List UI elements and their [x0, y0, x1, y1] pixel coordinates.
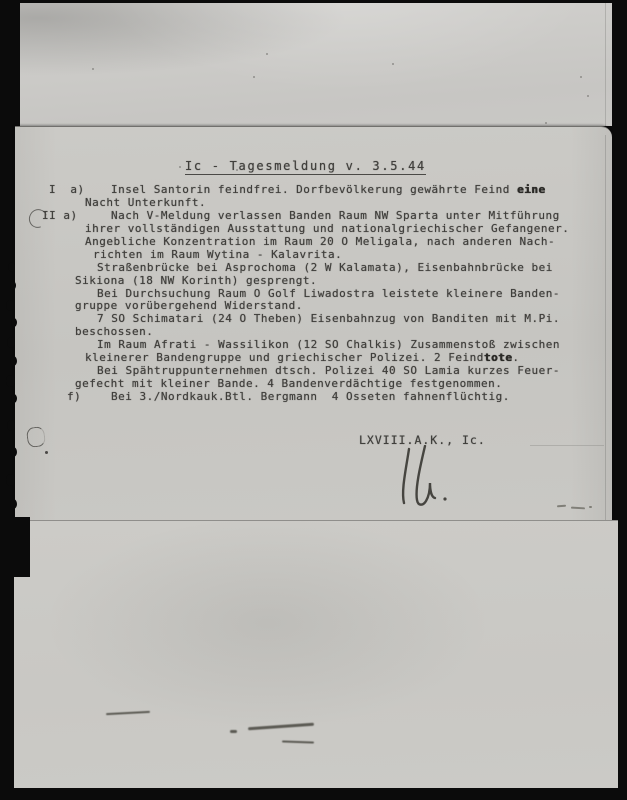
dust-speck [236, 169, 238, 171]
line-text: Nach V-Meldung verlassen Banden Raum NW … [111, 210, 560, 223]
torn-edge-dot [10, 447, 17, 457]
paper-sheet-top [20, 3, 612, 126]
pencil-mark [571, 507, 585, 509]
line-text: Sikiona (18 NW Korinth) gesprengt. [75, 275, 317, 288]
dust-speck [253, 76, 255, 78]
torn-edge-dot [11, 394, 17, 403]
line-text: richten im Raum Wytina - Kalavrita. [93, 249, 342, 262]
torn-edge-dot [7, 337, 15, 348]
document-line: Angebliche Konzentration im Raum 20 O Me… [15, 236, 612, 249]
paper-smudge [106, 711, 150, 715]
document-lines: I a)Insel Santorin feindfrei. Dorfbevölk… [15, 184, 612, 404]
torn-edge-dot [11, 318, 17, 327]
handwritten-signature [387, 445, 451, 511]
document-line: I a)Insel Santorin feindfrei. Dorfbevölk… [15, 184, 612, 197]
torn-edge-dot [10, 281, 16, 290]
dust-speck [580, 76, 582, 78]
line-text: Angebliche Konzentration im Raum 20 O Me… [85, 236, 555, 249]
document-line: ihrer vollständigen Ausstattung und nati… [15, 223, 612, 236]
punch-hole-dot [45, 451, 48, 454]
scan-border-notch [0, 517, 30, 577]
fold-line [530, 445, 604, 446]
dust-speck [92, 68, 94, 70]
page-title: Ic - Tagesmeldung v. 3.5.44 [185, 159, 426, 175]
line-text: Straßenbrücke bei Asprochoma (2 W Kalama… [97, 262, 553, 275]
overstruck-text: tote [484, 351, 513, 364]
torn-edge-dot [10, 499, 17, 509]
pencil-mark [557, 505, 566, 507]
document-line: f)Bei 3./Nordkauk.Btl. Bergmann 4 Ossete… [15, 391, 612, 404]
torn-edge-dot [7, 420, 15, 431]
document-line: II a)Nach V-Meldung verlassen Banden Rau… [15, 210, 612, 223]
line-text: Insel Santorin feindfrei. Dorfbevölkerun… [111, 184, 546, 197]
document-line: Straßenbrücke bei Asprochoma (2 W Kalama… [15, 262, 612, 275]
overstruck-text: eine [517, 183, 546, 196]
dust-speck [266, 53, 268, 55]
document-line: Sikiona (18 NW Korinth) gesprengt. [15, 275, 612, 288]
torn-edge-dot [6, 300, 14, 311]
torn-edge-dot [6, 474, 15, 486]
torn-edge-dot [6, 375, 15, 387]
page-edge-line [605, 3, 606, 126]
dust-speck [179, 166, 181, 168]
paper-smudge [248, 723, 314, 731]
line-text: Bei 3./Nordkauk.Btl. Bergmann 4 Osseten … [111, 391, 510, 404]
dust-speck [455, 213, 457, 215]
document-line: Nacht Unterkunft. [15, 197, 612, 210]
paper-smudge [230, 730, 237, 733]
line-text: 7 SO Schimatari (24 O Theben) Eisenbahnz… [97, 313, 560, 326]
line-text: Nacht Unterkunft. [85, 197, 206, 210]
scan-background: Ic - Tagesmeldung v. 3.5.44 I a)Insel Sa… [0, 0, 627, 800]
dust-speck [587, 95, 589, 97]
paper-smudge [282, 740, 314, 743]
line-text: ihrer vollständigen Ausstattung und nati… [85, 223, 569, 236]
document-line: richten im Raum Wytina - Kalavrita. [15, 249, 612, 262]
pencil-mark [589, 506, 592, 508]
item-marker: f) [67, 391, 81, 404]
torn-edge-dot [8, 262, 15, 272]
item-marker: I a) [49, 184, 85, 197]
paper-sheet-bottom [14, 520, 618, 788]
dust-speck [545, 122, 547, 124]
dust-speck [392, 63, 394, 65]
document-page: Ic - Tagesmeldung v. 3.5.44 I a)Insel Sa… [15, 126, 612, 521]
torn-edge-dot [10, 356, 17, 366]
